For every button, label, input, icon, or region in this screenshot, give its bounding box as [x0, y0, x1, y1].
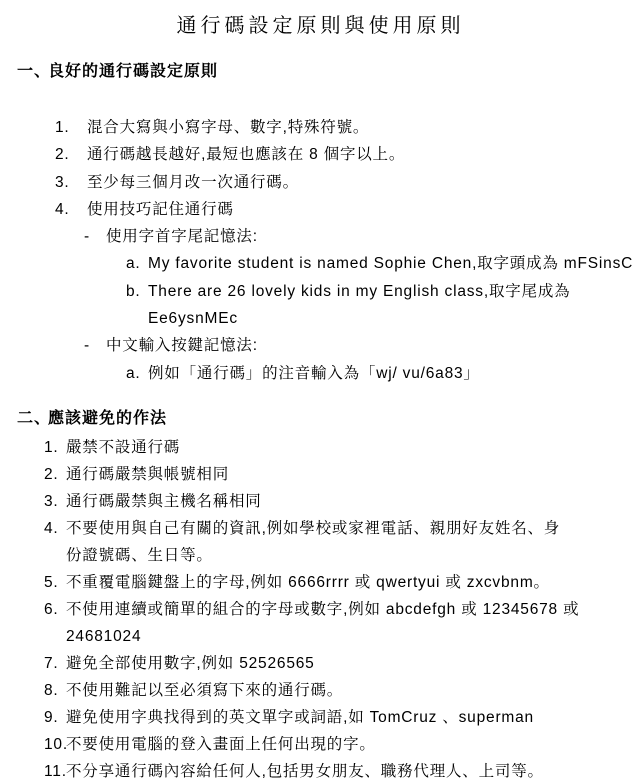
sub-list-item: - 中文輸入按鍵記憶法: [0, 332, 641, 359]
list-item-text: 避免使用字典找得到的英文單字或詞語,如 TomCruz 、superman [66, 704, 641, 731]
list-item-line: 不使用難記以至必須寫下來的通行碼。 [66, 677, 641, 704]
section2-number: 二、 [17, 407, 51, 431]
list-item: 7. 避免全部使用數字,例如 52526565 [0, 650, 641, 677]
list-item-number: 11. [44, 758, 67, 784]
section1-heading-text: 良好的通行碼設定原則 [48, 60, 641, 84]
list-item-text: 不分享通行碼內容給任何人,包括男女朋友、職務代理人、上司等。 [66, 758, 641, 784]
list-item-number: 10. [44, 731, 68, 758]
example-item: a. My favorite student is named Sophie C… [0, 250, 641, 277]
list-item: 3. 至少每三個月改一次通行碼。 [0, 169, 641, 196]
list-item-line: 不重覆電腦鍵盤上的字母,例如 6666rrrr 或 qwertyui 或 zxc… [66, 569, 641, 596]
list-item-number: 3. [44, 488, 59, 515]
list-item-number: 6. [44, 596, 59, 623]
list-item-line: 通行碼嚴禁與帳號相同 [66, 461, 641, 488]
list-item-text: 通行碼越長越好,最短也應該在 8 個字以上。 [87, 141, 641, 168]
sub-list-item: - 使用字首字尾記憶法: [0, 223, 641, 250]
example-item-letter: a. [126, 360, 141, 387]
list-item-text: 不要使用電腦的登入畫面上任何出現的字。 [66, 731, 641, 758]
list-item: 1. 混合大寫與小寫字母、數字,特殊符號。 [0, 114, 641, 141]
example-item-text: My favorite student is named Sophie Chen… [148, 250, 641, 277]
list-item: 1. 嚴禁不設通行碼 [0, 434, 641, 461]
list-item-text: 使用技巧記住通行碼 [87, 196, 641, 223]
list-item-number: 2. [44, 461, 59, 488]
list-item-line: 避免全部使用數字,例如 52526565 [66, 650, 641, 677]
list-item-line: 不要使用電腦的登入畫面上任何出現的字。 [66, 731, 641, 758]
example-item-line: 例如「通行碼」的注音輸入為「wj/ vu/6a83」 [148, 360, 641, 387]
list-item-text: 嚴禁不設通行碼 [66, 434, 641, 461]
example-item: a. 例如「通行碼」的注音輸入為「wj/ vu/6a83」 [0, 360, 641, 387]
section1-number: 一、 [17, 60, 51, 84]
list-item-text: 不要使用與自己有關的資訊,例如學校或家裡電話、親朋好友姓名、身 份證號碼、生日等… [66, 515, 641, 569]
sub-list-item-text: 中文輸入按鍵記憶法: [106, 332, 641, 359]
example-item-line: Ee6ysnMEc [148, 305, 641, 332]
list-item-number: 4. [55, 196, 70, 223]
list-item-text: 通行碼嚴禁與主機名稱相同 [66, 488, 641, 515]
example-item: b. There are 26 lovely kids in my Englis… [0, 278, 641, 333]
list-item-number: 1. [44, 434, 59, 461]
section1-list: 1. 混合大寫與小寫字母、數字,特殊符號。 2. 通行碼越長越好,最短也應該在 … [0, 114, 641, 387]
list-item: 4. 不要使用與自己有關的資訊,例如學校或家裡電話、親朋好友姓名、身 份證號碼、… [0, 515, 641, 569]
document-title: 通行碼設定原則與使用原則 [0, 0, 641, 40]
dash-bullet: - [84, 223, 90, 250]
list-item: 5. 不重覆電腦鍵盤上的字母,例如 6666rrrr 或 qwertyui 或 … [0, 569, 641, 596]
list-item-number: 7. [44, 650, 59, 677]
list-item-text: 避免全部使用數字,例如 52526565 [66, 650, 641, 677]
list-item: 2. 通行碼嚴禁與帳號相同 [0, 461, 641, 488]
list-item-text: 至少每三個月改一次通行碼。 [87, 169, 641, 196]
list-item-text: 不使用難記以至必須寫下來的通行碼。 [66, 677, 641, 704]
list-item-line: 嚴禁不設通行碼 [66, 434, 641, 461]
list-item: 11. 不分享通行碼內容給任何人,包括男女朋友、職務代理人、上司等。 [0, 758, 641, 784]
example-item-line: My favorite student is named Sophie Chen… [148, 250, 641, 277]
example-item-text: 例如「通行碼」的注音輸入為「wj/ vu/6a83」 [148, 360, 641, 387]
section2-heading-text: 應該避免的作法 [48, 407, 641, 431]
list-item: 2. 通行碼越長越好,最短也應該在 8 個字以上。 [0, 141, 641, 168]
list-item-line: 不要使用與自己有關的資訊,例如學校或家裡電話、親朋好友姓名、身 [66, 515, 641, 542]
example-item-line: There are 26 lovely kids in my English c… [148, 278, 641, 305]
list-item-number: 5. [44, 569, 59, 596]
list-item-number: 4. [44, 515, 59, 542]
document-page: 通行碼設定原則與使用原則 一、 良好的通行碼設定原則 1. 混合大寫與小寫字母、… [0, 0, 641, 784]
list-item: 6. 不使用連續或簡單的組合的字母或數字,例如 abcdefgh 或 12345… [0, 596, 641, 650]
dash-bullet: - [84, 332, 90, 359]
example-item-text: There are 26 lovely kids in my English c… [148, 278, 641, 333]
section1-heading: 一、 良好的通行碼設定原則 [0, 60, 641, 84]
list-item-line: 通行碼嚴禁與主機名稱相同 [66, 488, 641, 515]
list-item: 4. 使用技巧記住通行碼 [0, 196, 641, 223]
list-item-text: 不使用連續或簡單的組合的字母或數字,例如 abcdefgh 或 12345678… [66, 596, 641, 650]
list-item-number: 2. [55, 141, 70, 168]
list-item-text: 通行碼嚴禁與帳號相同 [66, 461, 641, 488]
list-item: 3. 通行碼嚴禁與主機名稱相同 [0, 488, 641, 515]
sub-list-item-text: 使用字首字尾記憶法: [106, 223, 641, 250]
section2-heading: 二、 應該避免的作法 [0, 407, 641, 431]
list-item: 10. 不要使用電腦的登入畫面上任何出現的字。 [0, 731, 641, 758]
list-item-text: 不重覆電腦鍵盤上的字母,例如 6666rrrr 或 qwertyui 或 zxc… [66, 569, 641, 596]
list-item-line: 不分享通行碼內容給任何人,包括男女朋友、職務代理人、上司等。 [66, 758, 641, 784]
list-item-number: 8. [44, 677, 59, 704]
list-item: 8. 不使用難記以至必須寫下來的通行碼。 [0, 677, 641, 704]
list-item-number: 9. [44, 704, 59, 731]
list-item: 9. 避免使用字典找得到的英文單字或詞語,如 TomCruz 、superman [0, 704, 641, 731]
example-item-letter: a. [126, 250, 141, 277]
list-item-line: 份證號碼、生日等。 [66, 542, 641, 569]
section2-list: 1. 嚴禁不設通行碼 2. 通行碼嚴禁與帳號相同 3. 通行碼嚴禁與主機名稱相同… [0, 434, 641, 784]
list-item-line: 不使用連續或簡單的組合的字母或數字,例如 abcdefgh 或 12345678… [66, 596, 641, 623]
list-item-number: 3. [55, 169, 70, 196]
list-item-line: 避免使用字典找得到的英文單字或詞語,如 TomCruz 、superman [66, 704, 641, 731]
list-item-number: 1. [55, 114, 70, 141]
list-item-text: 混合大寫與小寫字母、數字,特殊符號。 [87, 114, 641, 141]
example-item-letter: b. [126, 278, 141, 305]
list-item-line: 24681024 [66, 623, 641, 650]
